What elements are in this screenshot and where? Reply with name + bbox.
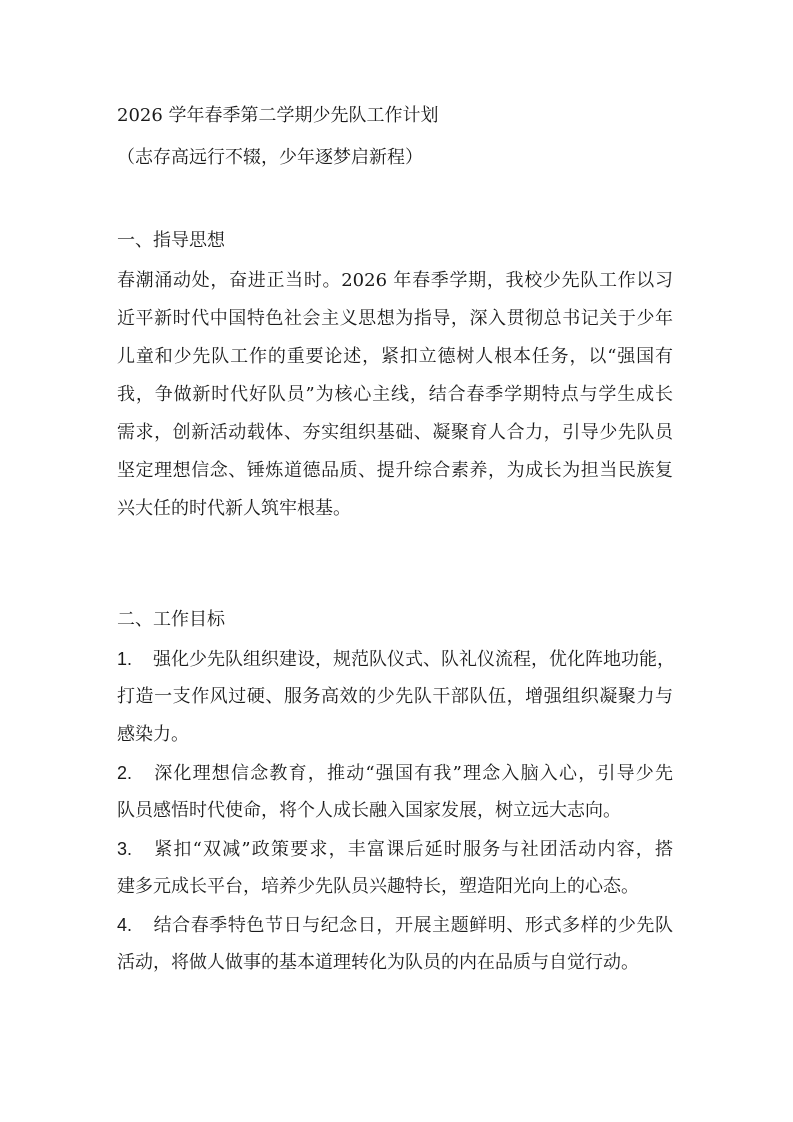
list-number: 1. <box>117 647 153 671</box>
goal-item-3: 3.紧扣“双减”政策要求，丰富课后延时服务与社团活动内容，搭 <box>117 837 673 862</box>
list-text: 紧扣“双减”政策要求，丰富课后延时服务与社团活动内容，搭 <box>153 839 673 860</box>
paragraph-line: 春潮涌动处，奋进正当时。2026 年春季学期，我校少先队工作以习 <box>117 269 673 293</box>
paragraph-line: 打造一支作风过硬、服务高效的少先队干部队伍，增强组织凝聚力与 <box>117 685 673 709</box>
paragraph-line: 队员感悟时代使命，将个人成长融入国家发展，树立远大志向。 <box>117 799 621 823</box>
list-text: 结合春季特色节日与纪念日，开展主题鲜明、形式多样的少先队 <box>153 915 673 936</box>
paragraph-line: 儿童和少先队工作的重要论述，紧扣立德树人根本任务，以“强国有 <box>117 345 673 369</box>
paragraph-line: 需求，创新活动载体、夯实组织基础、凝聚育人合力，引导少先队员 <box>117 421 673 445</box>
list-number: 3. <box>117 837 153 861</box>
goal-item-1: 1.强化少先队组织建设，规范队仪式、队礼仪流程，优化阵地功能， <box>117 647 673 672</box>
list-text: 深化理想信念教育，推动“强国有我”理念入脑入心，引导少先 <box>153 763 673 784</box>
paragraph-line: 建多元成长平台，培养少先队员兴趣特长，塑造阳光向上的心态。 <box>117 875 639 899</box>
goal-item-2: 2.深化理想信念教育，推动“强国有我”理念入脑入心，引导少先 <box>117 761 673 786</box>
list-number: 4. <box>117 913 153 937</box>
section-heading-work-goals: 二、工作目标 <box>117 608 225 632</box>
document-title: 2026 学年春季第二学期少先队工作计划 <box>117 104 439 128</box>
goal-item-4: 4.结合春季特色节日与纪念日，开展主题鲜明、形式多样的少先队 <box>117 913 673 938</box>
paragraph-line: 近平新时代中国特色社会主义思想为指导，深入贯彻总书记关于少年 <box>117 307 673 331</box>
paragraph-line: 活动，将做人做事的基本道理转化为队员的内在品质与自觉行动。 <box>117 951 639 975</box>
document-subtitle: （志存高远行不辍，少年逐梦启新程） <box>117 146 423 170</box>
section-heading-guiding-thought: 一、指导思想 <box>117 229 225 253</box>
paragraph-line: 我，争做新时代好队员”为核心主线，结合春季学期特点与学生成长 <box>117 383 673 407</box>
paragraph-line: 感染力。 <box>117 723 189 747</box>
paragraph-line: 坚定理想信念、锤炼道德品质、提升综合素养，为成长为担当民族复 <box>117 459 673 483</box>
list-text: 强化少先队组织建设，规范队仪式、队礼仪流程，优化阵地功能， <box>153 649 675 670</box>
paragraph-line: 兴大任的时代新人筑牢根基。 <box>117 497 351 521</box>
list-number: 2. <box>117 761 153 785</box>
